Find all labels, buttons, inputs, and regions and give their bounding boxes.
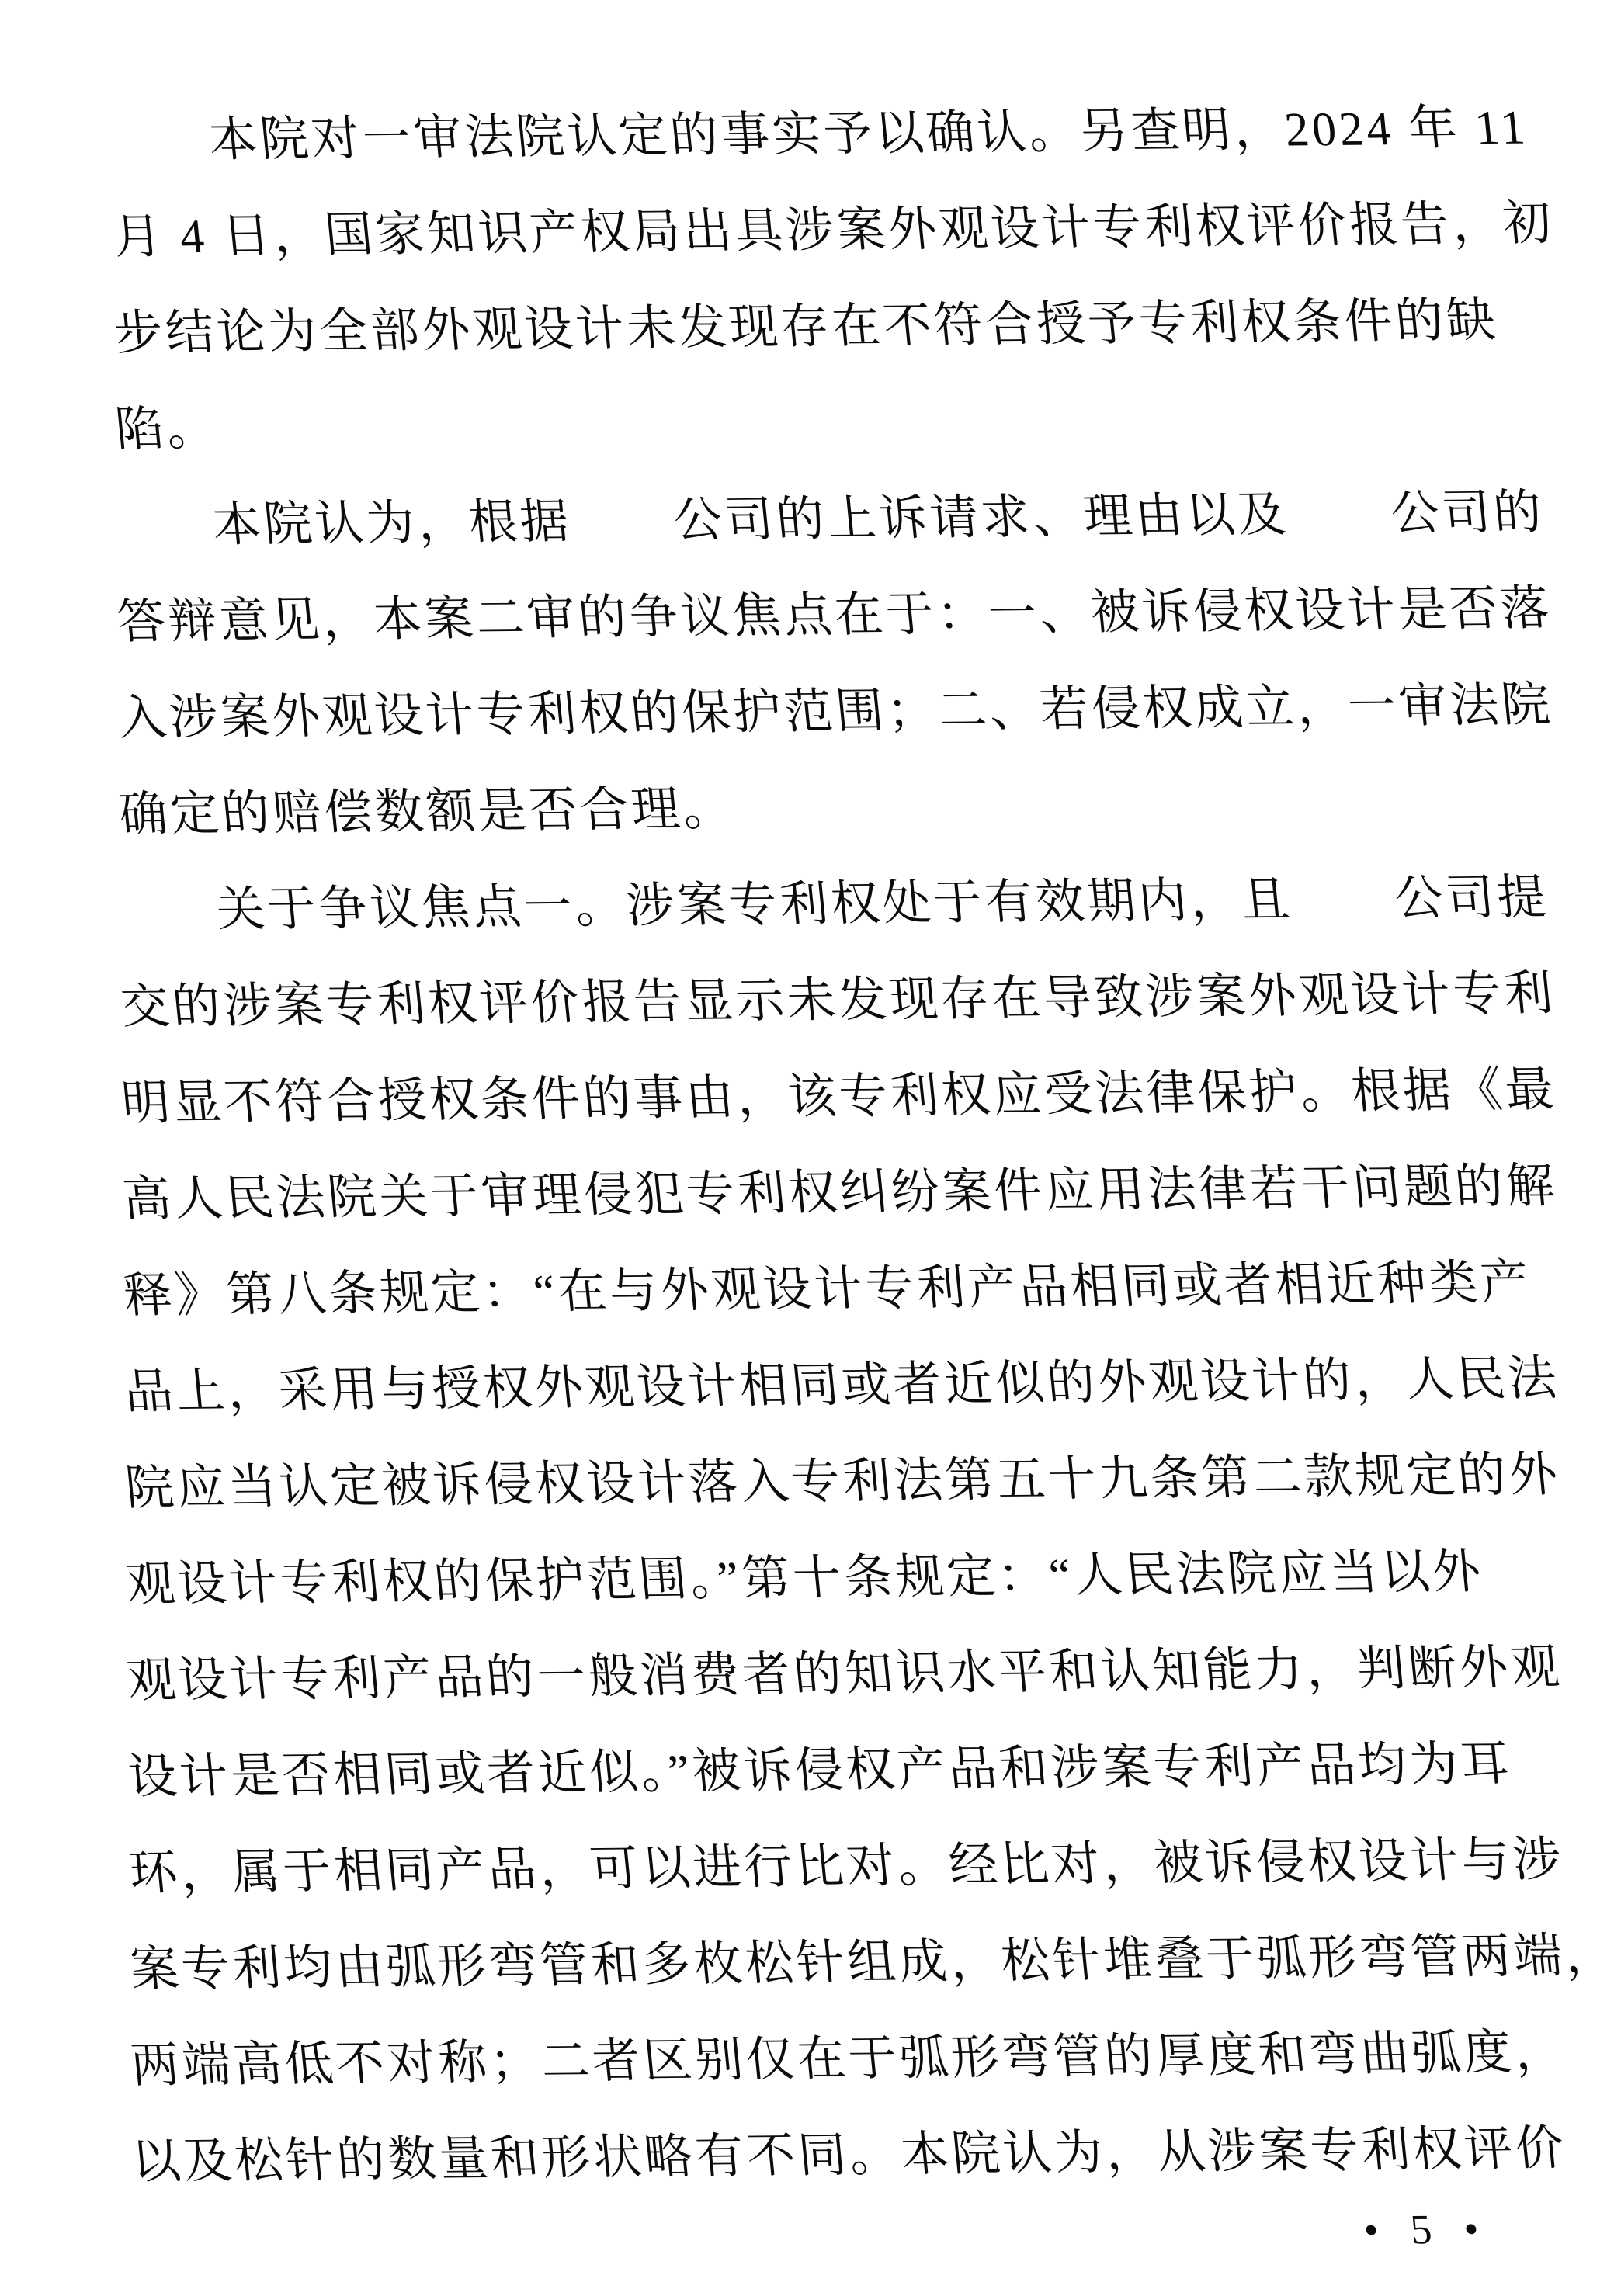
page-number: • 5 •	[1361, 2202, 1492, 2257]
judgment-line: 入涉案外观设计专利权的保护范围；二、若侵权成立，一审法院	[113, 657, 1567, 767]
judgment-line: 释》第八条规定：“在与外观设计专利产品相同或者相近种类产	[119, 1234, 1572, 1344]
judgment-line: 本院对一审法院认定的事实予以确认。另查明，2024 年 11	[108, 79, 1561, 189]
judgment-line: 交的涉案专利权评价报告显示未发现存在导致涉案外观设计专利	[116, 945, 1570, 1056]
judgment-text-block: 本院对一审法院认定的事实予以确认。另查明，2024 年 11 月 4 日，国家知…	[116, 79, 1581, 2211]
judgment-line: 陷。	[111, 368, 1564, 478]
judgment-document-page: 本院对一审法院认定的事实予以确认。另查明，2024 年 11 月 4 日，国家知…	[0, 0, 1621, 2296]
judgment-line: 两端高低不对称；二者区别仅在于弧形弯管的厚度和弯曲弧度，	[127, 2004, 1580, 2114]
judgment-line: 确定的赔偿数额是否合理。	[114, 753, 1567, 863]
judgment-line: 月 4 日，国家知识产权局出具涉案外观设计专利权评价报告，初	[109, 175, 1562, 286]
judgment-line: 明显不符合授权条件的事由，该专利权应受法律保护。根据《最	[117, 1042, 1571, 1152]
judgment-line: 品上，采用与授权外观设计相同或者近似的外观设计的，人民法	[120, 1330, 1574, 1441]
judgment-line: 观设计专利产品的一般消费者的知识水平和认知能力，判断外观	[123, 1619, 1576, 1729]
judgment-line: 答辩意见，本案二审的争议焦点在于：一、被诉侵权设计是否落	[113, 560, 1566, 671]
judgment-line: 案专利均由弧形弯管和多枚松针组成，松针堆叠于弧形弯管两端，	[126, 1908, 1579, 2018]
judgment-line: 高人民法院关于审理侵犯专利权纠纷案件应用法律若干问题的解	[118, 1138, 1571, 1248]
judgment-line: 关于争议焦点一。涉案专利权处于有效期内，且 公司提	[116, 849, 1569, 959]
judgment-line: 步结论为全部外观设计未发现存在不符合授予专利权条件的缺	[110, 272, 1564, 382]
judgment-line: 观设计专利权的保护范围。”第十条规定：“人民法院应当以外	[122, 1523, 1575, 1633]
judgment-line: 设计是否相同或者近似。”被诉侵权产品和涉案专利产品均为耳	[123, 1715, 1577, 1826]
judgment-line: 本院认为，根据 公司的上诉请求、理由以及 公司的	[112, 464, 1565, 574]
judgment-line: 环，属于相同产品，可以进行比对。经比对，被诉侵权设计与涉	[125, 1812, 1578, 1922]
judgment-line: 以及松针的数量和形状略有不同。本院认为，从涉案专利权评价	[127, 2100, 1581, 2211]
judgment-line: 院应当认定被诉侵权设计落入专利法第五十九条第二款规定的外	[121, 1427, 1574, 1537]
